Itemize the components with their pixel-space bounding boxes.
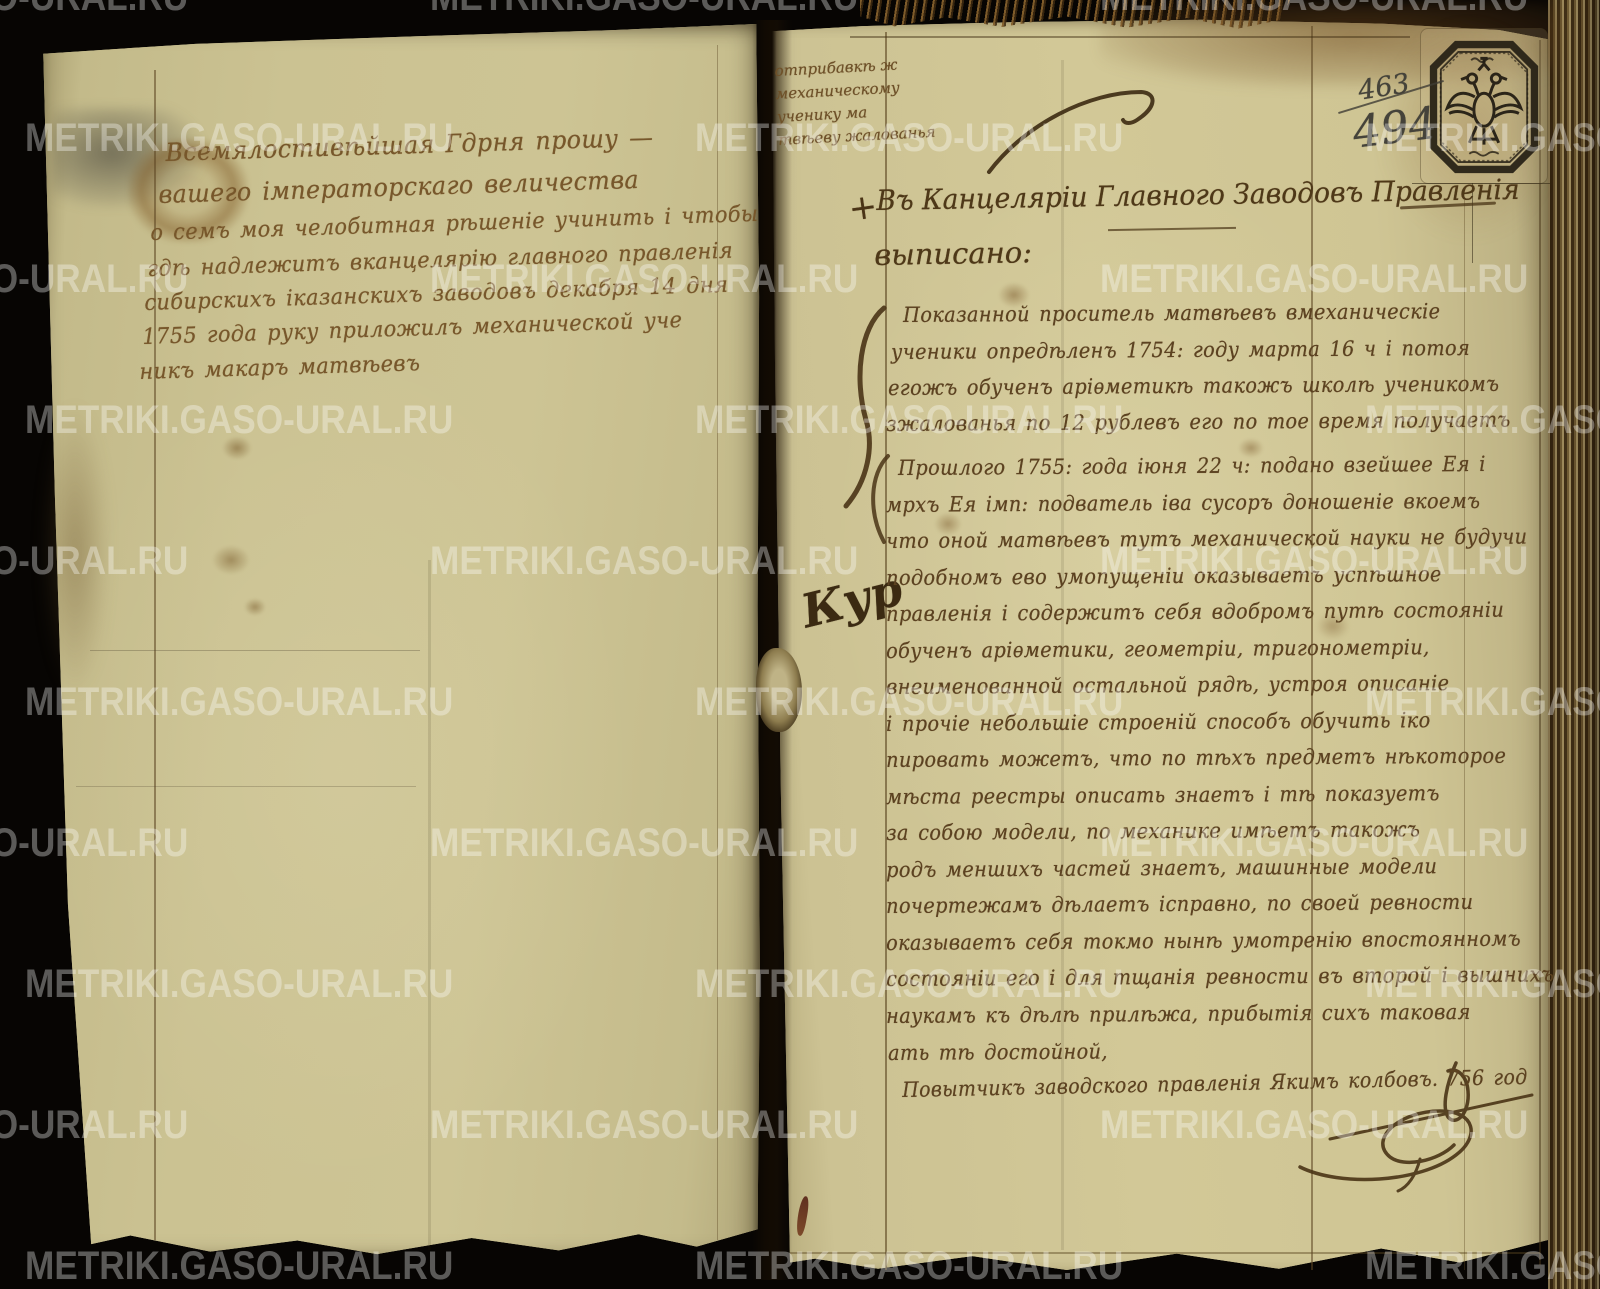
- body-line: подобномъ ево умопущенiи оказываетъ успѣ…: [886, 562, 1442, 590]
- body-line: егожъ обученъ арiѳметикѣ такожъ школѣ уч…: [888, 372, 1499, 400]
- body-line: родъ меншихъ частей знаетъ, машинные мод…: [886, 854, 1437, 882]
- body-line: внеименованной остальной рядѣ, устроя оп…: [886, 671, 1449, 699]
- body-line: зжалованья по 12 рублевъ его по тое врем…: [886, 408, 1511, 436]
- book-fore-edge: [1548, 0, 1600, 1289]
- imperial-eagle-stamp-icon: [1428, 40, 1540, 174]
- manuscript-scan: 463 494 отприбавкѣ ж механическому учени…: [0, 0, 1600, 1289]
- pen-flourish: [985, 80, 1170, 180]
- folio-number-new: 494: [1350, 98, 1440, 159]
- body-line: наукамъ къ дѣлѣ прилѣжа, прибытiя сихъ т…: [886, 1000, 1471, 1028]
- body-line: мрхъ Ея iмп: подватель iва сусоръ доноше…: [886, 489, 1480, 517]
- body-line: обученъ арiѳметики, геометрiи, тригономе…: [886, 635, 1430, 663]
- body-line: почертежамъ дѣлаетъ iсправно, по своей р…: [886, 890, 1473, 918]
- body-line: за собою модели, по механике имѣетъ тако…: [886, 817, 1420, 845]
- site-watermark: METRIKI.GASO-URAL.RU: [0, 0, 188, 20]
- body-line: правленiя i содержитъ себя вдобромъ путѣ…: [886, 598, 1504, 626]
- header-line-2: выписано:: [874, 235, 1032, 272]
- body-line: оказываетъ себя токмо нынѣ умотренiю впо…: [886, 927, 1521, 955]
- margin-note: отприбавкѣ ж механическому ученику ма тв…: [774, 52, 936, 152]
- body-line: i прочiе небольшiе строенiй способъ обуч…: [886, 708, 1431, 736]
- body-line: ученики опредѣленъ 1754: году марта 16 ч…: [891, 336, 1470, 364]
- body-line: что оной матвѣевъ тутъ механической наук…: [886, 525, 1527, 553]
- body-line: пировать можетъ, что по тѣхъ предметъ нѣ…: [886, 744, 1506, 772]
- body-line: Показанной проситель матвѣевъ вмеханичес…: [903, 299, 1440, 327]
- site-watermark: METRIKI.GASO-URAL.RU: [430, 0, 858, 20]
- body-line: состоянiи его i для тщанiя ревности въ в…: [886, 962, 1554, 991]
- body-line: ать тѣ достойной,: [888, 1039, 1108, 1065]
- body-line: Прошлого 1755: года iюня 22 ч: подано вз…: [898, 452, 1486, 480]
- header-prefix: +: [846, 186, 880, 230]
- body-line: мѣста реестры описать знаетъ i тѣ показу…: [886, 781, 1440, 809]
